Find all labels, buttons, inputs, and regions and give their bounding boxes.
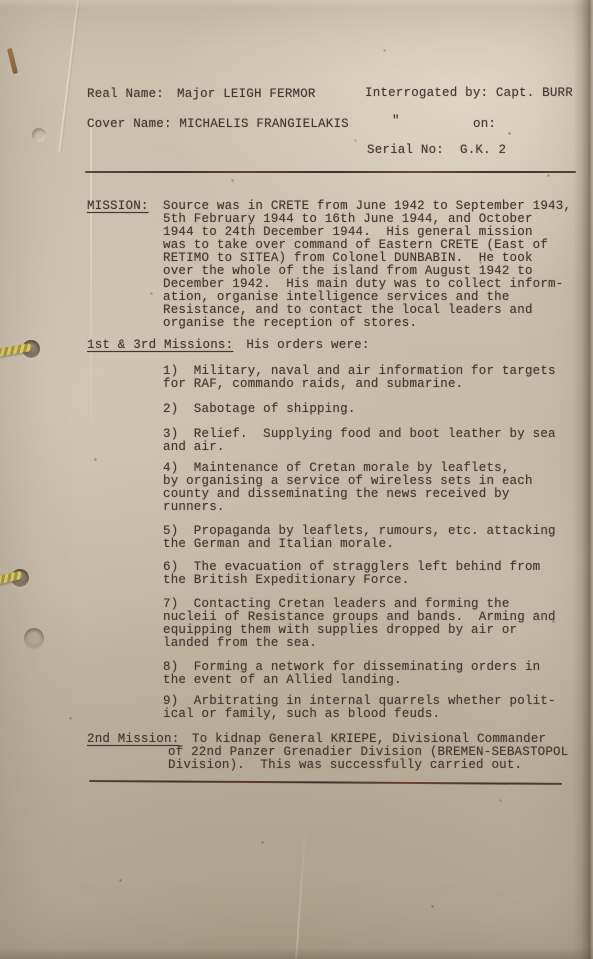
- mission-label: MISSION:: [87, 200, 149, 213]
- document-page: Real Name: Major LEIGH FERMOR Interrogat…: [0, 0, 593, 959]
- paper-scuff-mark: [7, 48, 18, 74]
- missions-1-3-intro: His orders were:: [246, 338, 369, 352]
- second-mission-continuation: of 22nd Panzer Grenadier Division (BREME…: [168, 746, 568, 772]
- ditto-mark: ": [392, 115, 400, 128]
- second-mission-label: 2nd Mission:: [87, 733, 179, 746]
- punch-hole-empty: [24, 628, 44, 649]
- paper-dent: [32, 128, 46, 142]
- divider-rule-bottom: [89, 780, 562, 785]
- order-item-5: 5) Propaganda by leaflets, rumours, etc.…: [163, 525, 556, 551]
- order-item-8: 8) Forming a network for disseminating o…: [163, 661, 540, 687]
- on-label: on:: [473, 118, 496, 131]
- order-item-2: 2) Sabotage of shipping.: [163, 403, 356, 416]
- missions-1-3-heading: 1st & 3rd Missions:His orders were:: [87, 339, 370, 352]
- real-name-value: Major LEIGH FERMOR: [177, 88, 316, 101]
- order-item-9: 9) Arbitrating in internal quarrels whet…: [163, 695, 556, 721]
- order-item-1: 1) Military, naval and air information f…: [163, 365, 556, 391]
- order-item-3: 3) Relief. Supplying food and boot leath…: [163, 428, 556, 454]
- mission-body: Source was in CRETE from June 1942 to Se…: [163, 200, 571, 330]
- paper-crease-left: [90, 120, 92, 450]
- interrogated-by-line: Interrogated by: Capt. BURR: [365, 87, 573, 100]
- paper-edge-right: [573, 0, 593, 959]
- real-name-label: Real Name:: [87, 88, 164, 101]
- order-item-4: 4) Maintenance of Cretan morale by leafl…: [163, 462, 533, 514]
- paper-crease-top-left: [59, 0, 81, 153]
- serial-number-label: Serial No:: [367, 144, 444, 157]
- divider-rule-top: [85, 171, 576, 173]
- order-item-6: 6) The evacuation of stragglers left beh…: [163, 561, 540, 587]
- order-item-7: 7) Contacting Cretan leaders and forming…: [163, 598, 556, 650]
- cover-name-line: Cover Name: MICHAELIS FRANGIELAKIS: [87, 118, 349, 131]
- paper-edge-bottom: [0, 947, 593, 959]
- serial-number-value: G.K. 2: [460, 144, 506, 157]
- paper-crease-bottom: [295, 820, 307, 959]
- paper-edge-top: [0, 0, 593, 8]
- missions-1-3-label: 1st & 3rd Missions:: [87, 338, 233, 352]
